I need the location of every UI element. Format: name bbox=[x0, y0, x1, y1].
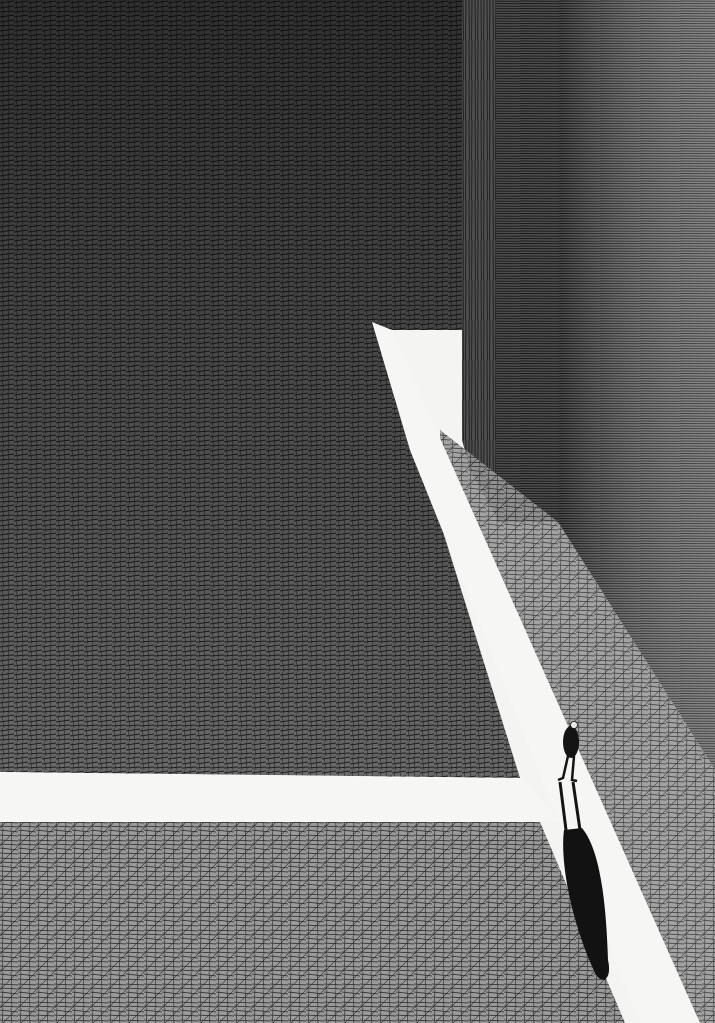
light-path-horizontal bbox=[0, 772, 560, 822]
artwork-canvas bbox=[0, 0, 715, 1023]
hatched-field-lower-left bbox=[0, 822, 625, 1023]
hatched-field-upper-left bbox=[0, 0, 520, 778]
ink-illustration bbox=[0, 0, 715, 1023]
dark-wall-pillar bbox=[462, 0, 558, 522]
